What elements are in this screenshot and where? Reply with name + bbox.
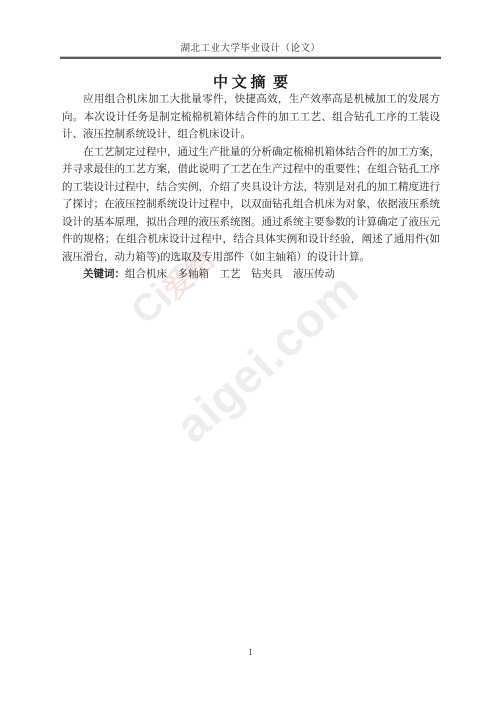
header-rule: [60, 56, 441, 59]
abstract-paragraph-2: 在工艺制定过程中，通过生产批量的分析确定梳棉机箱体结合件的加工方案，并寻求最佳的…: [62, 144, 440, 267]
document-page: Ci爱给 aigei.com 湖北工业大学毕业设计（论文） 中 文 摘 要 应用…: [0, 0, 501, 710]
watermark-logo-latin: Ci: [124, 276, 180, 333]
keywords-label: 关键词：: [83, 269, 125, 280]
abstract-title: 中 文 摘 要: [0, 71, 501, 92]
keywords-text: 组合机床 多轴箱 工艺 钻夹具 液压传动: [125, 269, 335, 280]
page-header: 湖北工业大学毕业设计（论文）: [0, 40, 501, 54]
abstract-body: 应用组合机床加工大批量零件，快捷高效，生产效率高是机械加工的发展方向。本次设计任…: [62, 91, 440, 284]
abstract-paragraph-1: 应用组合机床加工大批量零件，快捷高效，生产效率高是机械加工的发展方向。本次设计任…: [62, 91, 440, 144]
watermark-site-text: aigei.com: [165, 261, 370, 454]
keywords-line: 关键词：组合机床 多轴箱 工艺 钻夹具 液压传动: [62, 266, 440, 284]
page-number: 1: [0, 648, 501, 658]
